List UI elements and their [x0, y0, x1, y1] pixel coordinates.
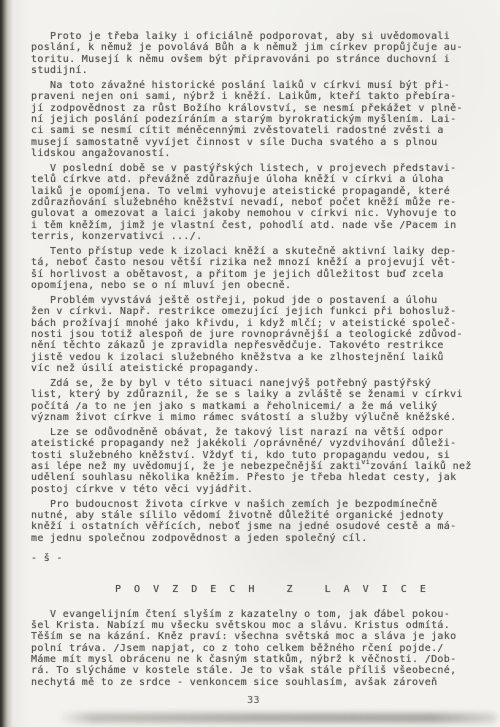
text-line: tá, neboť často nesou větší rizika než m… — [31, 257, 476, 268]
text-line: asi lépe než my uvědomují, že je nebezpe… — [31, 461, 476, 472]
paragraph: Pro budoucnost života církve v našich ze… — [31, 499, 476, 544]
page-number: 33 — [31, 695, 476, 706]
text-line: me jednu společnou zodpovědnost a jeden … — [31, 533, 476, 544]
paragraph: Lze se odůvodněně obávat, že takový list… — [31, 427, 476, 495]
paragraph: Na toto závažné historické poslání laiků… — [31, 80, 476, 159]
text-line: toritu. Musejí k němu ovšem být připravo… — [31, 54, 476, 65]
scanned-document-page: Proto je třeba laiky i oficiálně podporo… — [0, 0, 500, 727]
text-line: Problém vyvstává ještě ostřeji, pokud jd… — [31, 295, 476, 306]
scan-bottom-shadow — [58, 713, 497, 723]
article-section: P O V Z D E C H Z L A V I C E V evangeli… — [31, 584, 476, 688]
text-line: jí zodpovědnost za růst Božího královstv… — [31, 103, 476, 114]
text-line: nutné, aby stále sílilo vědomí životně d… — [31, 510, 476, 521]
text-line: Proto je třeba laiky i oficiálně podporo… — [31, 31, 476, 42]
text-line: zdůrazňování služebného kněžství nevadí,… — [31, 197, 476, 208]
text-line: Tento přístup vede k izolaci kněží a sku… — [31, 246, 476, 257]
text-line: i těm kněžím, jimž je vlastní čest, poho… — [31, 220, 476, 231]
text-line: Pro budoucnost života církve v našich ze… — [31, 499, 476, 510]
text-line: terris, konzervativci .../. — [31, 231, 476, 242]
text-line: studijní. — [31, 65, 476, 76]
paragraph: V evangelijním čtení slyším z kazatelny … — [31, 609, 476, 688]
text-line: Těším se na kázání. Kněz praví: všechna … — [31, 631, 476, 642]
article-title: P O V Z D E C H Z L A V I C E — [31, 584, 476, 595]
text-line: Zdá se, že by byl v této situaci nanejvý… — [31, 378, 476, 389]
text-line: V evangelijním čtení slyším z kazatelny … — [31, 609, 476, 620]
text-line: ateistické propagandy než jakékoli /oprá… — [31, 438, 476, 449]
text-line: lidskou angažovaností. — [31, 148, 476, 159]
author-signature: - š - — [31, 553, 476, 564]
text-line: jistě vedou k izolaci služebného kněžstv… — [31, 352, 476, 363]
text-line: nosti jsou totiž alespoň de jure rovnopr… — [31, 329, 476, 340]
text-line: V poslední době se v pastýřských listech… — [31, 163, 476, 174]
text-line: význam život církve i mimo rámec svátost… — [31, 412, 476, 423]
typewritten-content: Proto je třeba laiky i oficiálně podporo… — [31, 31, 476, 706]
text-line: Máme mít mysl obrácenu ne k časným statk… — [31, 654, 476, 665]
text-line: počítá /a to ne jen jako s matkami a řeh… — [31, 401, 476, 412]
typed-insertion: vi — [361, 458, 370, 466]
text-line: poslání, k němuž je povolává Bůh a k něm… — [31, 42, 476, 53]
text-line: kněží i ostatních věřících, neboť jsme n… — [31, 521, 476, 532]
text-line: Na toto závažné historické poslání laiků… — [31, 80, 476, 91]
text-line: opomíjena, nebo se o ní mluví jen obecně… — [31, 280, 476, 291]
text-segment: zování laiků než — [370, 461, 472, 472]
paragraph: Proto je třeba laiky i oficiálně podporo… — [31, 31, 476, 76]
text-line: víc než úsilí ateistické propagandy. — [31, 363, 476, 374]
text-line: praveni nejen oni sami, nýbrž i kněží. L… — [31, 91, 476, 102]
essay-body: Proto je třeba laiky i oficiálně podporo… — [31, 31, 476, 544]
text-line: telů církve atd. převážně zdůrazňuje úlo… — [31, 174, 476, 185]
text-line: Lze se odůvodněně obávat, že takový list… — [31, 427, 476, 438]
text-line: ci sami se nesmí cítit méněcennými zvěst… — [31, 125, 476, 136]
text-line: laiků je opomíjena. To velmi vyhovuje at… — [31, 186, 476, 197]
text-line: ní jejich poslání podezíráním a starým b… — [31, 114, 476, 125]
paragraph: Tento přístup vede k izolaci kněží a sku… — [31, 246, 476, 291]
text-line: ší horlivost a obětavost, a přitom je je… — [31, 269, 476, 280]
text-line: polní tráva. /Jsem napjat, co z toho cel… — [31, 643, 476, 654]
text-line: rá. To slýcháme v kostele stále. Je to v… — [31, 665, 476, 676]
text-line: musejí samostatně vyvíjet činnost v síle… — [31, 137, 476, 148]
paragraph: V poslední době se v pastýřských listech… — [31, 163, 476, 242]
text-segment: asi lépe než my uvědomují, že je nebezpe… — [31, 461, 361, 472]
scan-left-edge-shadow — [0, 0, 14, 727]
text-line: gulovat a omezovat a laici jakoby nemoho… — [31, 208, 476, 219]
paragraph: Problém vyvstává ještě ostřeji, pokud jd… — [31, 295, 476, 374]
text-line: bách prožívají mnohé jako křivdu, i když… — [31, 318, 476, 329]
article-body: V evangelijním čtení slyším z kazatelny … — [31, 609, 476, 688]
text-line: tosti služebného kněžství. Vždyť ti, kdo… — [31, 450, 476, 461]
text-line: udělení souhlasu několika kněžím. Přesto… — [31, 472, 476, 483]
essay-section: Proto je třeba laiky i oficiálně podporo… — [31, 31, 476, 564]
paragraph: Zdá se, že by byl v této situaci nanejvý… — [31, 378, 476, 423]
text-line: nechytá mě to ze srdce - venkoncem sice … — [31, 677, 476, 688]
text-line: žen v církvi. Např. restrikce omezující … — [31, 306, 476, 317]
text-line: list, který by zdůraznil, že se s laiky … — [31, 389, 476, 400]
text-line: nění těchto zákazů je zpravidla nepřesvě… — [31, 340, 476, 351]
text-line: šel Krista. Nabízí mu všecku světskou mo… — [31, 620, 476, 631]
text-line: postoj církve v této věci vyjádřit. — [31, 484, 476, 495]
